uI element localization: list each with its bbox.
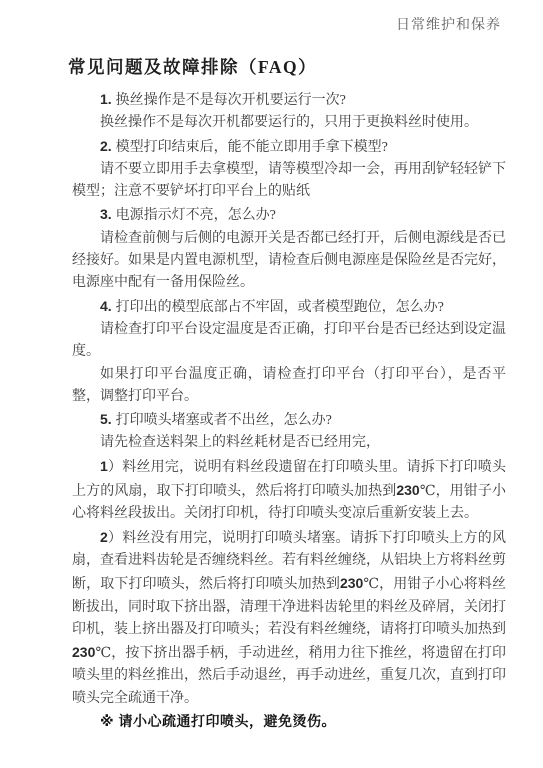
page-title: 常见问题及故障排除（FAQ） (68, 54, 317, 79)
faq-answer-5-case-1-number: 230 (396, 482, 419, 498)
faq-answer-2-text: 请不要立即用手去拿模型，请等模型冷却一会，再用刮铲轻轻铲下模型；注意不要铲坏打印… (72, 162, 506, 199)
faq-question-5: 5. 打印喷头堵塞或者不出丝，怎么办? (72, 408, 506, 432)
faq-question-1-text: 换丝操作是不是每次开机要运行一次? (116, 93, 346, 108)
faq-answer-4a: 请检查打印平台设定温度是否正确，打印平台是否已经达到设定温度。 (72, 319, 506, 364)
faq-answer-5-intro: 请先检查送料架上的料丝耗材是否已经用完， (72, 432, 506, 454)
faq-answer-5-case-2-number: 230 (340, 575, 363, 591)
faq-question-2-number: 2. (100, 138, 116, 154)
faq-answer-5-case-1: 1）料丝用完，说明有料丝段遗留在打印喷头里。请拆下打印喷头上方的风扇，取下打印喷… (72, 455, 506, 526)
faq-answer-3-text: 请检查前侧与后侧的电源开关是否都已经打开，后侧电源线是否已经接好。如果是内置电源… (72, 231, 506, 291)
faq-body-text: 1. 换丝操作是不是每次开机要运行一次?换丝操作不是每次开机都要运行的，只用于更… (72, 88, 506, 732)
faq-answer-5-case-2: 2）料丝没有用完，说明打印喷头堵塞。请拆下打印喷头上方的风扇，查看进料齿轮是否缠… (72, 526, 506, 710)
faq-answer-2: 请不要立即用手去拿模型，请等模型冷却一会，再用刮铲轻轻铲下模型；注意不要铲坏打印… (72, 159, 506, 204)
faq-question-3: 3. 电源指示灯不亮，怎么办? (72, 203, 506, 227)
running-header: 日常维护和保养 (396, 14, 501, 34)
faq-question-5-text: 打印喷头堵塞或者不出丝，怎么办? (116, 413, 332, 428)
caution-note-text: ※ 请小心疏通打印喷头，避免烫伤。 (100, 713, 336, 729)
faq-answer-4a-text: 请检查打印平台设定温度是否正确，打印平台是否已经达到设定温度。 (72, 322, 506, 359)
faq-question-3-number: 3. (100, 206, 116, 222)
faq-answer-1-text: 换丝操作不是每次开机都要运行的，只用于更换料丝时使用。 (100, 115, 478, 130)
faq-answer-5-case-2-text: ℃，按下挤出器手柄，手动进丝，稍用力往下推丝，将遗留在打印喷头里的料丝推出，然后… (72, 646, 506, 706)
document-page: 日常维护和保养 常见问题及故障排除（FAQ） 1. 换丝操作是不是每次开机要运行… (0, 0, 543, 768)
faq-question-4-text: 打印出的模型底部占不牢固，或者模型跑位，怎么办? (116, 300, 444, 315)
running-header-text: 日常维护和保养 (396, 18, 501, 33)
caution-note: ※ 请小心疏通打印喷头，避免烫伤。 (72, 710, 506, 732)
faq-question-5-number: 5. (100, 411, 116, 427)
faq-answer-5-case-2-number: 2 (100, 529, 108, 545)
faq-question-4: 4. 打印出的模型底部占不牢固，或者模型跑位，怎么办? (72, 295, 506, 319)
faq-question-2-text: 模型打印结束后，能不能立即用手拿下模型? (116, 140, 388, 155)
faq-question-1: 1. 换丝操作是不是每次开机要运行一次? (72, 88, 506, 112)
faq-answer-5-case-1-number: 1 (100, 458, 108, 474)
faq-question-1-number: 1. (100, 91, 116, 107)
faq-answer-4b: 如果打印平台温度正确，请检查打印平台（打印平台），是否平整，调整打印平台。 (72, 364, 506, 409)
faq-answer-3: 请检查前侧与后侧的电源开关是否都已经打开，后侧电源线是否已经接好。如果是内置电源… (72, 228, 506, 295)
faq-answer-5-intro-text: 请先检查送料架上的料丝耗材是否已经用完， (100, 435, 380, 450)
faq-question-3-text: 电源指示灯不亮，怎么办? (116, 208, 276, 223)
faq-answer-4b-text: 如果打印平台温度正确，请检查打印平台（打印平台），是否平整，调整打印平台。 (72, 367, 506, 404)
faq-answer-1: 换丝操作不是每次开机都要运行的，只用于更换料丝时使用。 (72, 112, 506, 134)
faq-question-4-number: 4. (100, 298, 116, 314)
faq-question-2: 2. 模型打印结束后，能不能立即用手拿下模型? (72, 135, 506, 159)
faq-answer-5-case-2-number: 230 (72, 644, 95, 660)
